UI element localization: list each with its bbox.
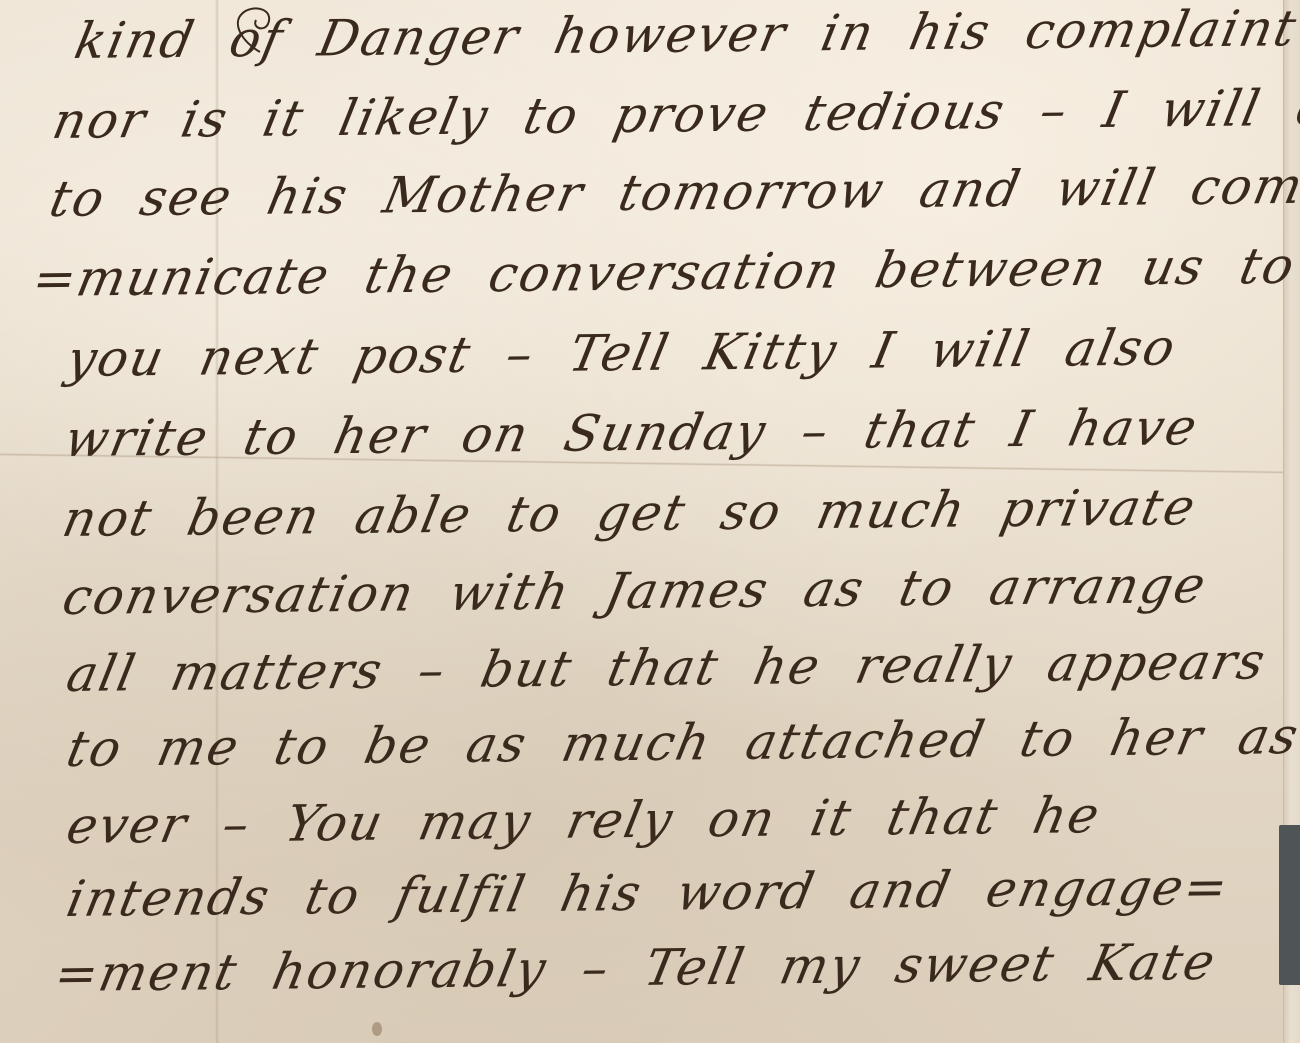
letter-line-8: conversation with James as to arrange bbox=[58, 556, 1212, 626]
letter-photograph: kind of Danger however in his complaint … bbox=[0, 0, 1300, 1043]
letter-line-13: =ment honorably – Tell my sweet Kate bbox=[50, 933, 1222, 1003]
letter-line-5: you next post – Tell Kitty I will also bbox=[62, 318, 1182, 388]
handwritten-text: kind of Danger however in his complaint … bbox=[0, 0, 1300, 1043]
letter-line-3: to see his Mother tomorrow and will com= bbox=[45, 156, 1300, 228]
letter-line-6: write to her on Sunday – that I have bbox=[60, 398, 1203, 468]
letter-line-4: =municate the conversation between us to bbox=[28, 237, 1300, 308]
letter-line-12: intends to fulfil his word and engage= bbox=[62, 858, 1235, 928]
letter-line-11: ever – You may rely on it that he bbox=[62, 786, 1106, 855]
letter-line-2: nor is it likely to prove tedious – I wi… bbox=[48, 78, 1300, 150]
letter-line-10: to me to be as much attached to her as bbox=[62, 707, 1300, 778]
letter-line-9: all matters – but that he really appears bbox=[62, 632, 1272, 703]
letter-line-1: kind of Danger however in his complaint bbox=[70, 0, 1300, 70]
letter-line-7: not been able to get so much private bbox=[58, 478, 1202, 548]
